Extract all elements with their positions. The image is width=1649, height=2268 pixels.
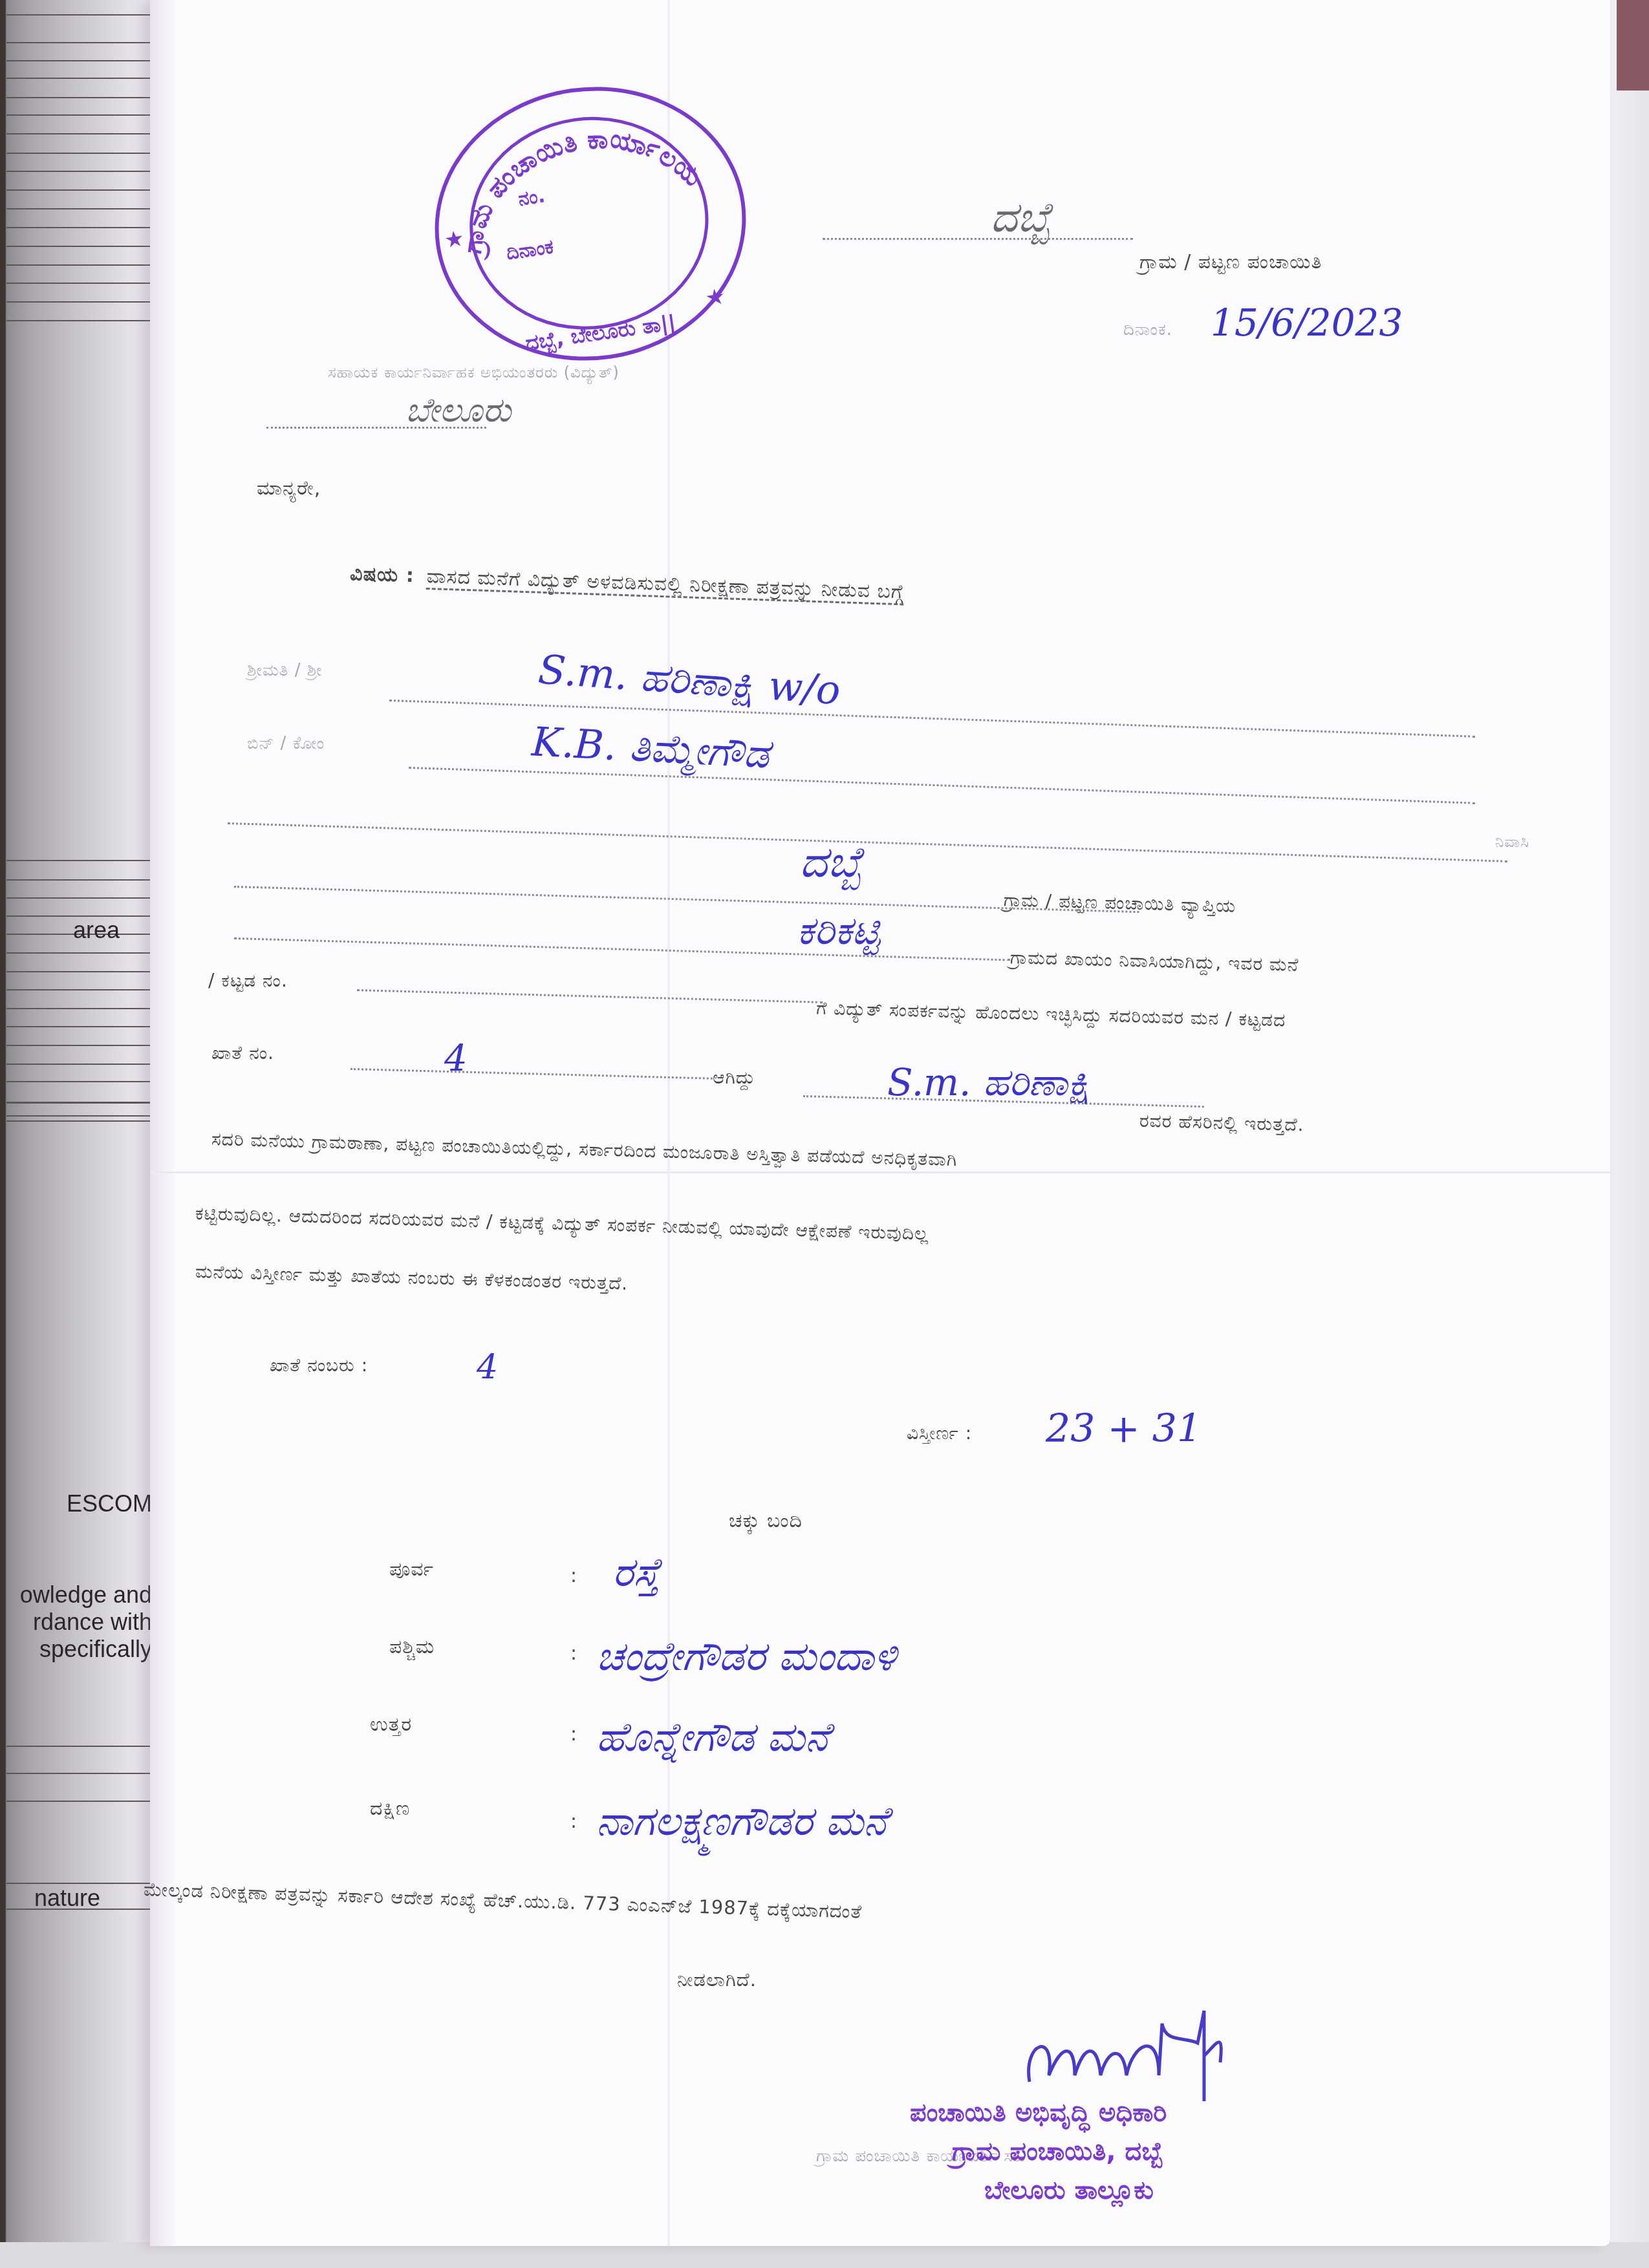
date-label: ದಿನಾಂಕ. — [1123, 320, 1172, 340]
boundary-value-west: ಚಂದ್ರೇಗೌಡರ ಮಂದಾಳಿ — [596, 1632, 896, 1680]
date-value: 15/6/2023 — [1211, 301, 1403, 345]
khata-suffix: ಆಗಿದ್ದು — [713, 1067, 755, 1089]
hamlet-suffix: ಗ್ರಾಮದ ಖಾಯಂ ನಿವಾಸಿಯಾಗಿದ್ದು, ಇವರ ಮನೆ — [1010, 947, 1299, 976]
bottom-edge-paper — [0, 2242, 1649, 2268]
subject-text: ವಾಸದ ಮನೆಗೆ ವಿದ್ಯುತ್ ಅಳವಡಿಸುವಲ್ಲಿ ನಿರೀಕ್ಷ… — [426, 565, 905, 605]
owner-suffix: ರವರ ಹೆಸರಿನಲ್ಲಿ ಇರುತ್ತದೆ. — [1139, 1110, 1304, 1137]
relation-value: K.B. ತಿಮ್ಮೇಗೌಡ — [530, 718, 770, 778]
header-village: ದಬ್ಬೆ — [991, 194, 1052, 242]
subject-label: ವಿಷಯ : — [350, 562, 415, 587]
form-fragment-1: owledge and — [0, 1581, 152, 1609]
boundary-label-east: ಪೂರ್ವ — [389, 1558, 434, 1581]
owner-value: S.m. ಹರಿಣಾಕ್ಷಿ — [887, 1060, 1091, 1105]
form-fragment-3: specifically — [0, 1636, 152, 1663]
right-edge-paper — [1610, 0, 1649, 2268]
area-label: ವಿಸ್ತೀರ್ಣ : — [907, 1422, 972, 1444]
khata-label: ಖಾತೆ ನಂ. — [211, 1042, 274, 1064]
star-icon: ★ — [704, 283, 727, 312]
name-label: ಶ್ರೀಮತಿ / ಶ್ರೀ — [247, 661, 323, 681]
subject-line: ವಿಷಯ : ವಾಸದ ಮನೆಗೆ ವಿದ್ಯುತ್ ಅಳವಡಿಸುವಲ್ಲಿ … — [350, 562, 905, 603]
building-no-suffix: ಗೆ ವಿದ್ಯುತ್ ಸಂಪರ್ಕವನ್ನು ಹೊಂದಲು ಇಚ್ಛಿಸಿದ್… — [816, 997, 1286, 1031]
area-value: 23 + 31 — [1046, 1406, 1202, 1451]
khata-number-label: ಖಾತೆ ನಂಬರು : — [270, 1354, 368, 1376]
khata-value: 4 — [444, 1038, 468, 1080]
header-village-suffix: ಗ್ರಾಮ / ಪಟ್ಟಣ ಪಂಚಾಯಿತಿ — [1139, 251, 1322, 273]
body-line-2: ಕಟ್ಟಿರುವುದಿಲ್ಲ. ಆದುದರಿಂದ ಸದರಿಯವರ ಮನೆ / ಕ… — [195, 1203, 929, 1245]
form-fragment-signature: nature — [0, 1885, 100, 1912]
boundary-label-south: ದಕ್ಷಿಣ — [370, 1797, 410, 1820]
building-no-label: / ಕಟ್ಟಡ ನಂ. — [208, 970, 288, 992]
hamlet-value: ಕರಿಕಟ್ಟಿ — [797, 908, 880, 954]
background-form-edge: area ESCOM owledge and rdance with speci… — [0, 0, 152, 2268]
seal-number-label: ನಂ. — [517, 185, 546, 211]
officer-signature — [1010, 2004, 1282, 2108]
boundaries-title: ಚಕ್ಕು ಬಂದಿ — [729, 1510, 803, 1532]
boundary-value-east: ರಸ್ತೆ — [612, 1548, 660, 1596]
body-line-3: ಮನೆಯ ವಿಸ್ತೀರ್ಣ ಮತ್ತು ಖಾತೆಯ ನಂಬರು ಈ ಕೆಳಕಂ… — [195, 1261, 629, 1295]
form-fragment-2: rdance with — [0, 1609, 152, 1636]
relation-label: ಬಿನ್ / ಕೋಂ — [247, 734, 325, 754]
form-fragment-area: area — [0, 917, 120, 944]
form-fragment-escom: ESCOM — [0, 1490, 152, 1517]
village-suffix: ಗ್ರಾಮ / ಪಟ್ಟಣ ಪಂಚಾಯಿತಿ ವ್ಯಾಪ್ತಿಯ — [1004, 889, 1236, 917]
boundary-label-north: ಉತ್ತರ — [370, 1713, 412, 1736]
stamp-designation: ಪಂಚಾಯಿತಿ ಅಭಿವೃದ್ಧಿ ಅಧಿಕಾರಿ — [910, 2098, 1167, 2128]
panchayat-seal: ಗ್ರಾಮ ಪಂಚಾಯಿತಿ ಕಾರ್ಯಾಲಯ ನಂ. ದಿನಾಂಕ ದಬ್ಬೆ… — [417, 67, 764, 381]
addressee-place: ಬೇಲೂರು — [405, 391, 512, 431]
boundary-label-west: ಪಶ್ಚಿಮ — [389, 1636, 435, 1658]
village-value: ದಬ್ಬೆ — [800, 837, 863, 888]
salutation: ಮಾನ್ಯರೇ, — [257, 477, 321, 500]
name-value: S.m. ಹರಿಣಾಕ್ಷಿ w/o — [537, 646, 842, 714]
boundary-value-south: ನಾಗಲಕ್ಷ್ಮಣಗೌಡರ ಮನೆ — [596, 1797, 887, 1845]
closing-line-2: ನೀಡಲಾಗಿದೆ. — [677, 1969, 757, 1991]
boundary-value-north: ಹೊನ್ನೇಗೌಡ ಮನೆ — [596, 1713, 829, 1761]
address-suffix: ನಿವಾಸಿ — [1495, 833, 1529, 851]
khata-number-value: 4 — [477, 1348, 498, 1387]
body-line-1: ಸದರಿ ಮನೆಯು ಗ್ರಾಮಠಾಣಾ, ಪಟ್ಟಣ ಪಂಚಾಯಿತಿಯಲ್ಲ… — [211, 1128, 958, 1171]
star-icon: ★ — [443, 226, 466, 254]
closing-line-1: ಮೇಲ್ಕಂಡ ನಿರೀಕ್ಷಣಾ ಪತ್ರವನ್ನು ಸರ್ಕಾರಿ ಆದೇಶ… — [143, 1878, 862, 1923]
document-sheet: ಗ್ರಾಮ ಪಂಚಾಯಿತಿ ಕಾರ್ಯಾಲಯ ನಂ. ದಿನಾಂಕ ದಬ್ಬೆ… — [150, 0, 1610, 2246]
stamp-office: ಗ್ರಾಮ ಪಂಚಾಯಿತಿ, ದಬ್ಬೆ — [952, 2137, 1163, 2166]
addressee-line: ಸಹಾಯಕ ಕಾರ್ಯನಿರ್ವಾಹಕ ಅಭಿಯಂತರರು (ವಿದ್ಯುತ್) — [328, 363, 620, 381]
stamp-taluk: ಬೇಲೂರು ತಾಲ್ಲೂಕು — [984, 2176, 1154, 2205]
